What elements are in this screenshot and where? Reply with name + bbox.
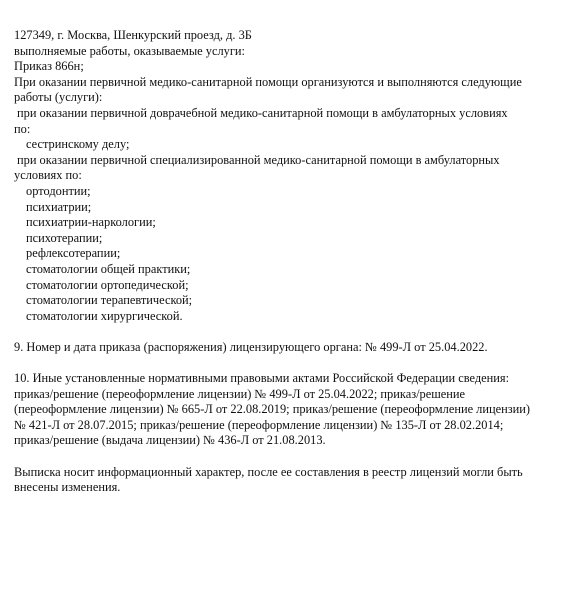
spacer [14, 449, 554, 465]
specialized-item: ортодонтии; [14, 184, 554, 200]
prehospital-care-line1: при оказании первичной доврачебной медик… [14, 106, 554, 122]
prehospital-care-line2: по: [14, 122, 554, 138]
order-reference: Приказ 866н; [14, 59, 554, 75]
section-10-line: приказ/решение (переоформление лицензии)… [14, 387, 554, 403]
specialized-care-line2: условиях по: [14, 168, 554, 184]
specialized-item: стоматологии общей практики; [14, 262, 554, 278]
disclaimer-line: внесены изменения. [14, 480, 554, 496]
specialized-item: стоматологии хирургической. [14, 309, 554, 325]
license-extract-document: 127349, г. Москва, Шенкурский проезд, д.… [14, 28, 554, 496]
section-10-line: 10. Иные установленные нормативными прав… [14, 371, 554, 387]
disclaimer-line: Выписка носит информационный характер, п… [14, 465, 554, 481]
spacer [14, 355, 554, 371]
primary-care-intro-line1: При оказании первичной медико-санитарной… [14, 75, 554, 91]
specialized-item: стоматологии ортопедической; [14, 278, 554, 294]
section-10-line: № 421-Л от 28.07.2015; приказ/решение (п… [14, 418, 554, 434]
specialized-item: психиатрии; [14, 200, 554, 216]
spacer [14, 324, 554, 340]
primary-care-intro-line2: работы (услуги): [14, 90, 554, 106]
specialized-care-line1: при оказании первичной специализированно… [14, 153, 554, 169]
specialized-item: психиатрии-наркологии; [14, 215, 554, 231]
prehospital-item: сестринскому делу; [14, 137, 554, 153]
section-9-order-number: 9. Номер и дата приказа (распоряжения) л… [14, 340, 554, 356]
specialized-item: стоматологии терапевтической; [14, 293, 554, 309]
specialized-item: рефлексотерапии; [14, 246, 554, 262]
specialized-item: психотерапии; [14, 231, 554, 247]
address-line: 127349, г. Москва, Шенкурский проезд, д.… [14, 28, 554, 44]
section-10-line: приказ/решение (выдача лицензии) № 436-Л… [14, 433, 554, 449]
works-label: выполняемые работы, оказываемые услуги: [14, 44, 554, 60]
section-10-line: (переоформление лицензии) № 665-Л от 22.… [14, 402, 554, 418]
